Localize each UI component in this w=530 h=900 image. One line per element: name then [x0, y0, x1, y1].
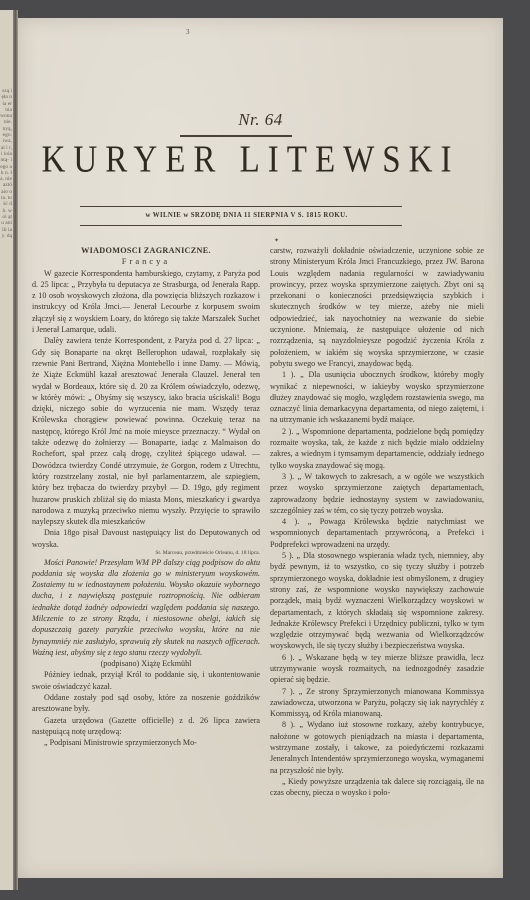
- previous-page-text: szą ięła nia ernia wona nie. nyą, ego. i…: [0, 88, 12, 239]
- article-point-8: 8 ). „ Wydano iuż stosowne rozkazy, ażeb…: [270, 719, 484, 775]
- article-point-4: 4 ). „ Powaga Królewska będzie natychmia…: [270, 516, 484, 550]
- paragraph: „ Podpisani Ministrowie sprzymierzonych …: [32, 737, 260, 748]
- section-title: WIADOMOSCI ZAGRANICZNE.: [32, 245, 260, 256]
- dateline: w WILNIE w SRZODĘ DNIA 11 SIERPNIA V S. …: [80, 212, 413, 219]
- paragraph: Dnia 18go pisał Davoust następuiący list…: [32, 527, 260, 550]
- dateline-top-rule: [80, 206, 402, 207]
- paragraph: Późniey iednak, przyiął Król to poddanie…: [32, 669, 260, 692]
- issue-number: Nr. 64: [18, 110, 503, 130]
- paragraph: carstw, rozważyli dokładnie oświadczenie…: [270, 245, 484, 369]
- paragraph: „ Kiedy powyższe urządzenia tak dalece s…: [270, 776, 484, 799]
- country-heading: Francya: [32, 256, 260, 267]
- letter-signature: (podpisano) Xiążę Eckmühl: [32, 658, 260, 669]
- page-marker: 3: [186, 28, 190, 36]
- article-point-1: 1 ). „ Dla usunięcia ubocznych środkow, …: [270, 369, 484, 425]
- article-point-3: 3 ). „ W takowych to zakresach, a w ogól…: [270, 471, 484, 516]
- article-point-6: 6 ). „ Wskazane będą w tey mierze bliższ…: [270, 652, 484, 686]
- article-point-7: 7 ). „ Ze strony Sprzymierzonych mianowa…: [270, 686, 484, 720]
- paragraph: W gazecie Korrespondenta hamburskiego, c…: [32, 268, 260, 336]
- newspaper-page: 3 Nr. 64 KURYER LITEWSKI w WILNIE w SRZO…: [18, 18, 503, 878]
- paragraph: Oddane zostały pod sąd osoby, które za n…: [32, 692, 260, 715]
- letter-text: Mości Panowie! Przesyłam WM PP dalszy ci…: [32, 557, 260, 659]
- previous-page-edge: szą ięła nia ernia wona nie. nyą, ego. i…: [0, 10, 13, 890]
- masthead-title: KURYER LITEWSKI: [28, 139, 473, 182]
- paragraph: Dalèy zawiera tenże Korrespondent, z Par…: [32, 335, 260, 527]
- article-point-5: 5 ). „ Dla stosownego wspierania władz t…: [270, 550, 484, 652]
- article-point-2: 2 ). „ Wspomnione departamenta, podzielo…: [270, 426, 484, 471]
- left-column: WIADOMOSCI ZAGRANICZNE. Francya W gazeci…: [32, 245, 260, 749]
- issue-rule: [180, 135, 292, 137]
- paragraph: Gazeta urzędowa (Gazette officielle) z d…: [32, 715, 260, 738]
- ornament-icon: ✦: [274, 237, 279, 244]
- right-column: carstw, rozważyli dokładnie oświadczenie…: [270, 245, 484, 799]
- dateline-bottom-rule: [80, 225, 402, 226]
